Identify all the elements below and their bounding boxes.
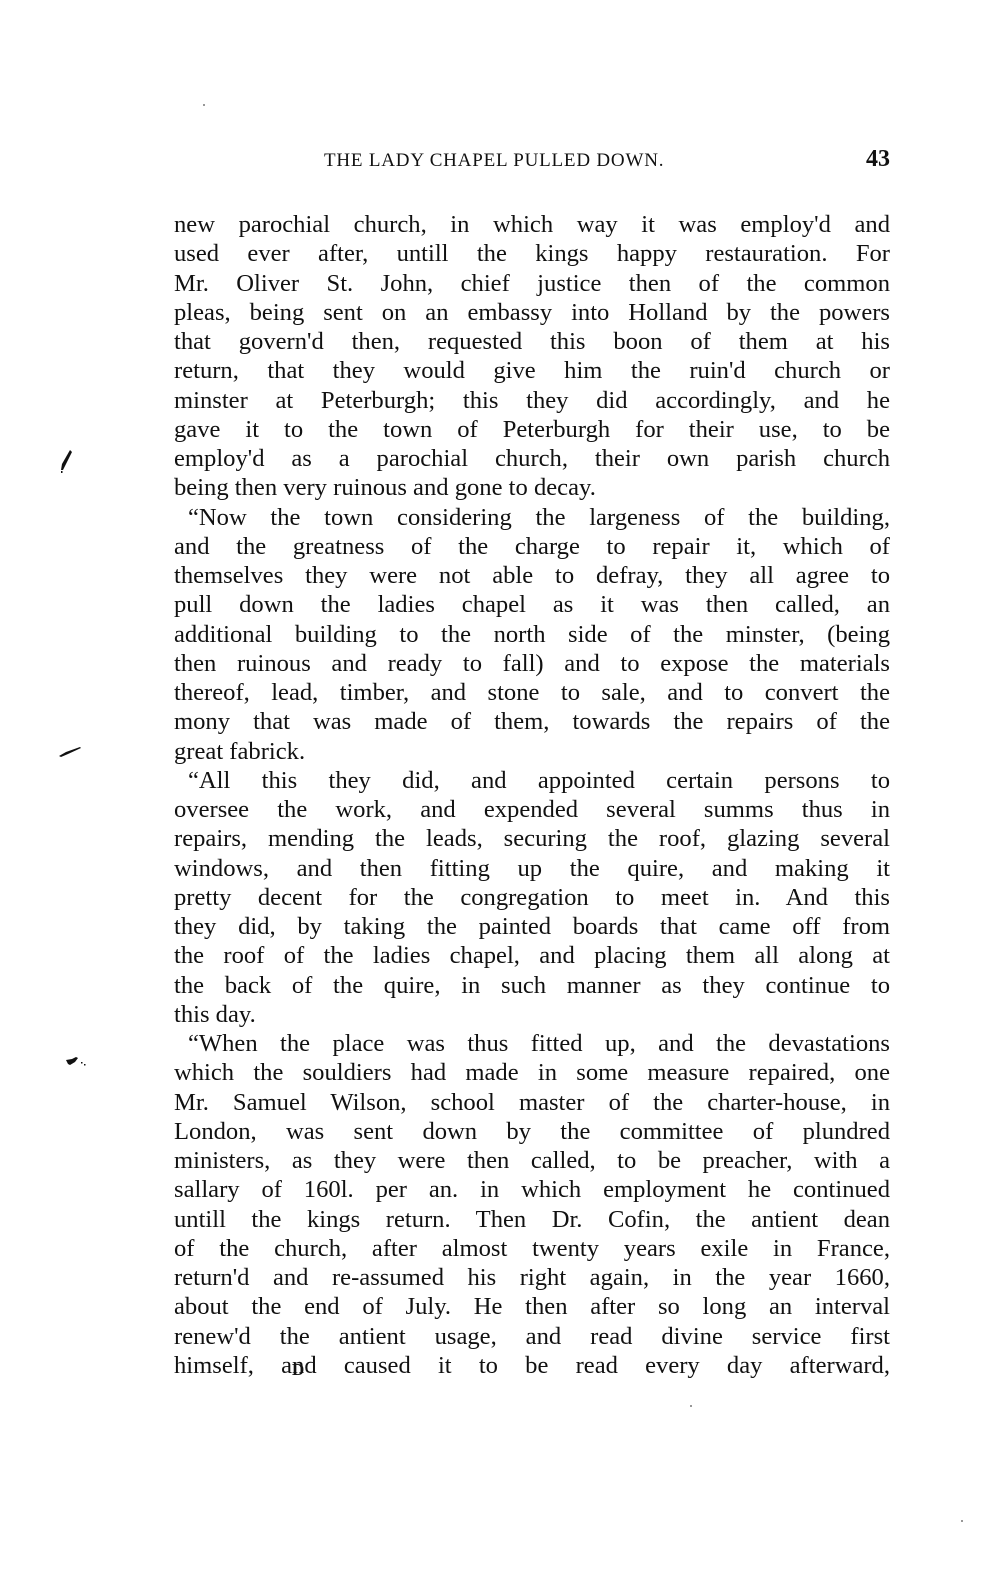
margin-mark-icon — [56, 448, 76, 478]
text-line: Mr. Samuel Wilson, school master of the … — [174, 1088, 890, 1117]
text-line: which the souldiers had made in some mea… — [174, 1058, 890, 1087]
text-line: used ever after, untill the kings happy … — [174, 239, 890, 268]
text-line: and the greatness of the charge to repai… — [174, 532, 890, 561]
text-line: about the end of July. He then after so … — [174, 1292, 890, 1321]
text-line: then ruinous and ready to fall) and to e… — [174, 649, 890, 678]
text-line: pretty decent for the congregation to me… — [174, 883, 890, 912]
text-line: mony that was made of them, towards the … — [174, 707, 890, 736]
text-line: untill the kings return. Then Dr. Cofin,… — [174, 1205, 890, 1234]
text-line: this day. — [174, 1000, 890, 1029]
text-line: employ'd as a parochial church, their ow… — [174, 444, 890, 473]
text-line: Mr. Oliver St. John, chief justice then … — [174, 269, 890, 298]
speck — [690, 1405, 692, 1407]
text-line: “Now the town considering the largeness … — [174, 503, 890, 532]
text-line: being then very ruinous and gone to deca… — [174, 473, 890, 502]
text-line: that govern'd then, requested this boon … — [174, 327, 890, 356]
text-line: himself, and caused it to be read every … — [174, 1351, 890, 1380]
text-line: ministers, as they were then called, to … — [174, 1146, 890, 1175]
text-line: “When the place was thus fitted up, and … — [174, 1029, 890, 1058]
text-line: great fabrick. — [174, 737, 890, 766]
text-line: minster at Peterburgh; this they did acc… — [174, 386, 890, 415]
text-line: return'd and re-assumed his right again,… — [174, 1263, 890, 1292]
text-line: pleas, being sent on an embassy into Hol… — [174, 298, 890, 327]
text-line: pull down the ladies chapel as it was th… — [174, 590, 890, 619]
margin-mark-icon — [58, 746, 84, 758]
text-line: thereof, lead, timber, and stone to sale… — [174, 678, 890, 707]
text-line: sallary of 160l. per an. in which employ… — [174, 1175, 890, 1204]
text-line: return, that they would give him the rui… — [174, 356, 890, 385]
text-line: London, was sent down by the committee o… — [174, 1117, 890, 1146]
text-line: gave it to the town of Peterburgh for th… — [174, 415, 890, 444]
speck — [203, 104, 205, 106]
book-page: The Lady Chapel Pulled Down. 43 new paro… — [0, 0, 1000, 1579]
text-line: oversee the work, and expended several s… — [174, 795, 890, 824]
speck — [961, 1520, 963, 1522]
text-line: renew'd the antient usage, and read divi… — [174, 1322, 890, 1351]
running-title: The Lady Chapel Pulled Down. — [324, 150, 664, 172]
text-line: “All this they did, and appointed certai… — [174, 766, 890, 795]
text-line: new parochial church, in which way it wa… — [174, 210, 890, 239]
margin-mark-icon — [64, 1056, 90, 1072]
running-head: The Lady Chapel Pulled Down. 43 — [174, 150, 890, 180]
signature-mark: D — [292, 1360, 304, 1380]
text-line: the back of the quire, in such manner as… — [174, 971, 890, 1000]
text-line: additional building to the north side of… — [174, 620, 890, 649]
page-number: 43 — [866, 146, 890, 173]
text-line: the roof of the ladies chapel, and placi… — [174, 941, 890, 970]
text-line: of the church, after almost twenty years… — [174, 1234, 890, 1263]
text-line: they did, by taking the painted boards t… — [174, 912, 890, 941]
text-line: themselves they were not able to defray,… — [174, 561, 890, 590]
text-line: windows, and then fitting up the quire, … — [174, 854, 890, 883]
body-text: new parochial church, in which way it wa… — [174, 210, 890, 1380]
text-line: repairs, mending the leads, securing the… — [174, 824, 890, 853]
